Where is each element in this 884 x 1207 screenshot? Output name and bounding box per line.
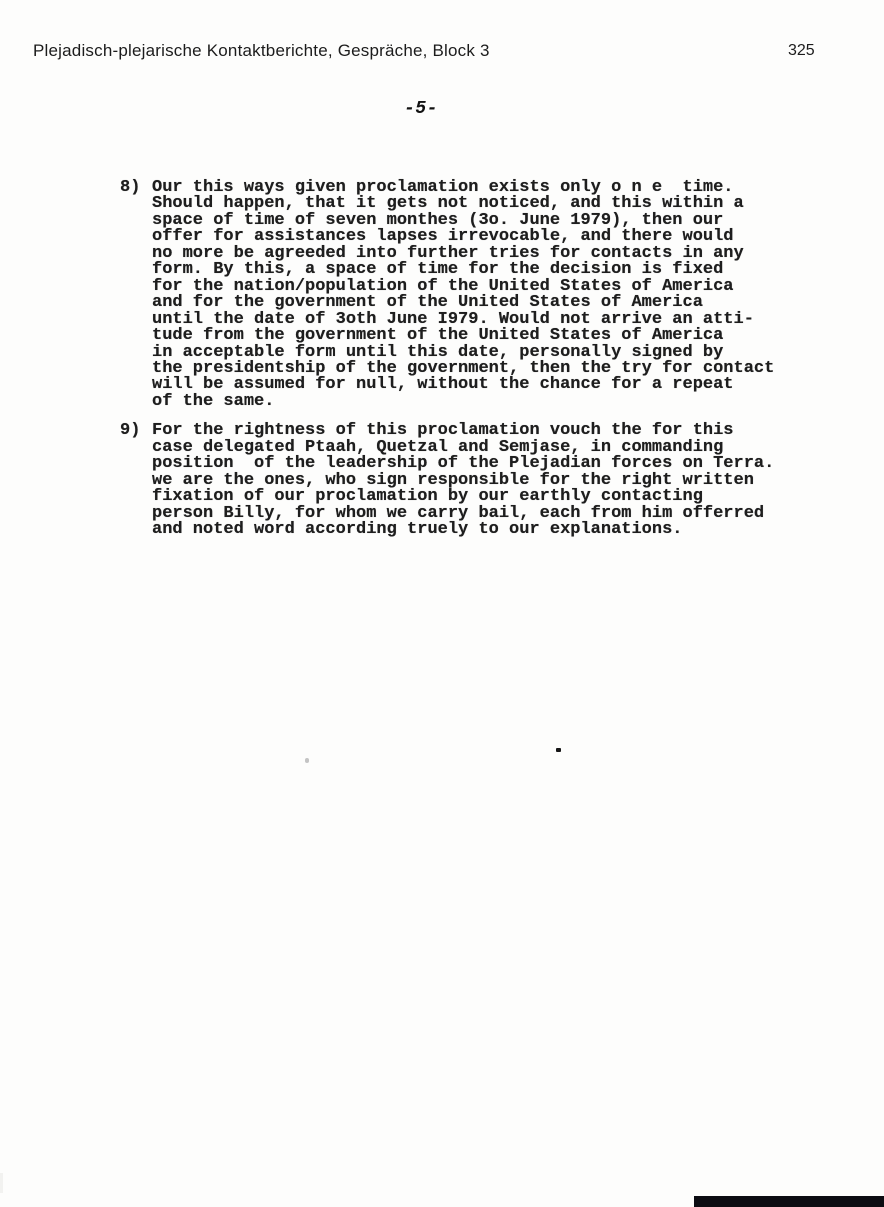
- paragraph-9: 9) For the rightness of this proclamatio…: [120, 423, 800, 538]
- header-title: Plejadisch-plejarische Kontaktberichte, …: [33, 41, 490, 61]
- ink-speck: [556, 748, 561, 752]
- scan-edge-artifact: [0, 1173, 3, 1193]
- paragraph-9-number: 9): [120, 423, 152, 538]
- page-marker: -5-: [404, 99, 438, 119]
- paragraph-8-number: 8): [120, 180, 152, 410]
- document-page: Plejadisch-plejarische Kontaktberichte, …: [0, 0, 884, 1207]
- paragraph-8: 8) Our this ways given proclamation exis…: [120, 180, 800, 410]
- text-line: and noted word according truely to our e…: [152, 522, 774, 538]
- paragraph-9-text: For the rightness of this proclamation v…: [152, 423, 774, 538]
- ink-speck-faint: [305, 758, 309, 763]
- paragraph-8-text: Our this ways given proclamation exists …: [152, 180, 774, 410]
- document-body: 8) Our this ways given proclamation exis…: [120, 180, 800, 552]
- text-line: of the same.: [152, 394, 774, 410]
- scan-artifact-bar: [694, 1196, 884, 1207]
- page-number: 325: [788, 42, 815, 60]
